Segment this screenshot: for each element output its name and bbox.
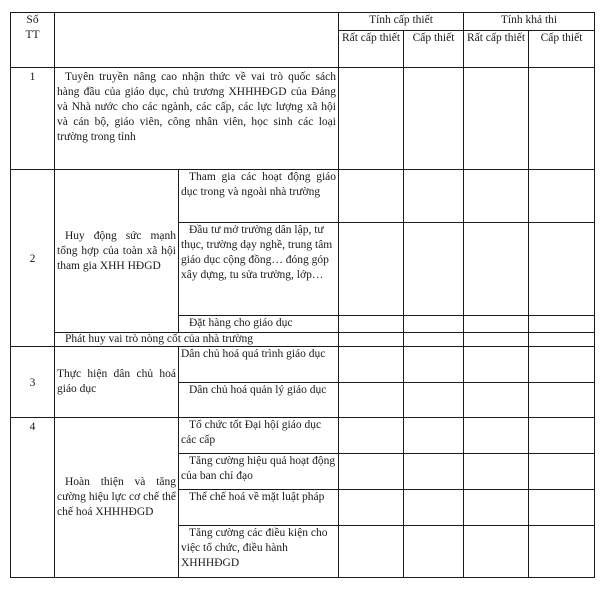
rating-cell[interactable] — [339, 490, 404, 526]
rating-cell[interactable] — [529, 68, 595, 170]
rating-cell[interactable] — [464, 418, 529, 454]
rating-cell[interactable] — [464, 383, 529, 418]
rating-cell[interactable] — [529, 383, 595, 418]
table-row: Phát huy vai trò nòng cốt của nhà trường — [11, 333, 595, 347]
rating-cell[interactable] — [339, 333, 404, 347]
header-very-urgent: Rất cấp thiết — [339, 31, 404, 68]
table-row: 3 Thực hiện dân chủ hoá giáo dục Dân chủ… — [11, 347, 595, 383]
sub-item: Tham gia các hoạt động giáo dục trong và… — [179, 170, 339, 223]
rating-cell[interactable] — [404, 316, 464, 333]
rating-cell[interactable] — [339, 418, 404, 454]
header-feasibility: Tính khả thi — [464, 13, 595, 31]
rating-cell[interactable] — [529, 418, 595, 454]
sub-item: Dân chủ hoá quá trình giáo dục — [179, 347, 339, 383]
sub-item: Tổ chức tốt Đại hội giáo dục các cấp — [179, 418, 339, 454]
rating-cell[interactable] — [339, 170, 404, 223]
rating-cell[interactable] — [529, 490, 595, 526]
row-number: 3 — [11, 347, 55, 418]
rating-cell[interactable] — [339, 526, 404, 578]
rating-cell[interactable] — [404, 68, 464, 170]
survey-table: Số TT Tính cấp thiết Tính khả thi Rất cấ… — [10, 12, 595, 578]
rating-cell[interactable] — [339, 383, 404, 418]
sub-item: Tăng cường hiệu quả hoạt động của ban ch… — [179, 454, 339, 490]
rating-cell[interactable] — [464, 454, 529, 490]
rating-cell[interactable] — [464, 68, 529, 170]
rating-cell[interactable] — [404, 526, 464, 578]
rating-cell[interactable] — [404, 418, 464, 454]
rating-cell[interactable] — [339, 223, 404, 316]
rating-cell[interactable] — [404, 170, 464, 223]
sub-item: Thể chế hoá về mặt luật pháp — [179, 490, 339, 526]
rating-cell[interactable] — [529, 454, 595, 490]
rating-cell[interactable] — [529, 526, 595, 578]
rating-cell[interactable] — [339, 454, 404, 490]
rating-cell[interactable] — [529, 223, 595, 316]
rating-cell[interactable] — [529, 170, 595, 223]
row-content: Hoàn thiện và tăng cường hiệu lực cơ chế… — [55, 418, 179, 578]
header-stt-line2: TT — [13, 28, 52, 43]
rating-cell[interactable] — [464, 490, 529, 526]
rating-cell[interactable] — [339, 347, 404, 383]
sub-item: Tăng cường các điều kiện cho việc tổ chứ… — [179, 526, 339, 578]
row-content: Tuyên truyền nâng cao nhận thức về vai t… — [55, 68, 339, 170]
rating-cell[interactable] — [464, 347, 529, 383]
rating-cell[interactable] — [339, 316, 404, 333]
header-very-feasible: Rất cấp thiết — [464, 31, 529, 68]
rating-cell[interactable] — [464, 223, 529, 316]
table-row: 1 Tuyên truyền nâng cao nhận thức về vai… — [11, 68, 595, 170]
row-number: 1 — [11, 68, 55, 170]
rating-cell[interactable] — [464, 526, 529, 578]
rating-cell[interactable] — [529, 347, 595, 383]
sub-item: Đầu tư mở trường dân lập, tư thục, trườn… — [179, 223, 339, 316]
row-content: Huy động sức mạnh tổng hợp của toàn xã h… — [55, 170, 179, 333]
sub-item: Đặt hàng cho giáo dục — [179, 316, 339, 333]
rating-cell[interactable] — [464, 333, 529, 347]
rating-cell[interactable] — [404, 347, 464, 383]
rating-cell[interactable] — [464, 316, 529, 333]
sub-item: Dân chủ hoá quản lý giáo dục — [179, 383, 339, 418]
table-row: 4 Hoàn thiện và tăng cường hiệu lực cơ c… — [11, 418, 595, 454]
rating-cell[interactable] — [404, 383, 464, 418]
header-content — [55, 13, 339, 68]
header-stt-line1: Số — [13, 13, 52, 28]
row-number: 4 — [11, 418, 55, 578]
header-urgent: Cấp thiết — [404, 31, 464, 68]
header-urgency: Tính cấp thiết — [339, 13, 464, 31]
rating-cell[interactable] — [404, 490, 464, 526]
row-number: 2 — [11, 170, 55, 347]
rating-cell[interactable] — [464, 170, 529, 223]
table-row: 2 Huy động sức mạnh tổng hợp của toàn xã… — [11, 170, 595, 223]
row-content: Thực hiện dân chủ hoá giáo dục — [55, 347, 179, 418]
rating-cell[interactable] — [404, 454, 464, 490]
rating-cell[interactable] — [404, 223, 464, 316]
header-feasible: Cấp thiết — [529, 31, 595, 68]
header-stt: Số TT — [11, 13, 55, 68]
rating-cell[interactable] — [529, 316, 595, 333]
sub-item: Phát huy vai trò nòng cốt của nhà trường — [55, 333, 339, 347]
rating-cell[interactable] — [404, 333, 464, 347]
rating-cell[interactable] — [339, 68, 404, 170]
rating-cell[interactable] — [529, 333, 595, 347]
